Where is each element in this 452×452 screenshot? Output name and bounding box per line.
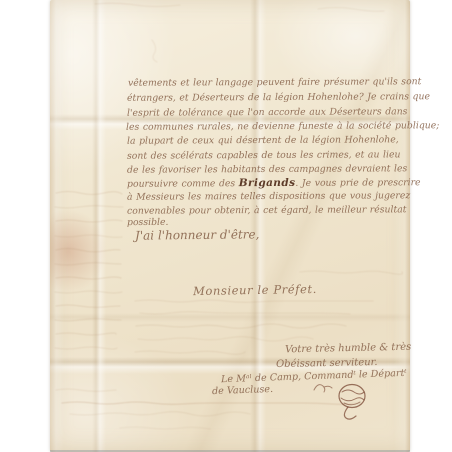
line-suffix: . Je vous prie de prescrire: [295, 177, 420, 189]
letter-body-line: l'esprit de tolérance que l'on accorde a…: [127, 106, 408, 118]
closing-line: Obéissant serviteur.: [276, 357, 378, 370]
salutation-monsieur-le-prefet: Monsieur le Préfet.: [193, 282, 317, 298]
letter-body-line: étrangers, et Déserteurs de la légion Ho…: [127, 91, 430, 104]
letter-body-line: de les favoriser les habitants des campa…: [127, 163, 407, 175]
letter-body-line: possible.: [127, 217, 169, 228]
letter-body-line: sont des scélérats capables de tous les …: [127, 149, 400, 161]
letter-photograph: vêtements et leur langage peuvent faire …: [0, 0, 452, 452]
letter-body-line-with-emphasis: poursuivre comme des Brigands. Je vous p…: [127, 176, 421, 190]
letter-body-line: la plupart de ceux qui désertent de la l…: [127, 134, 399, 146]
letter-body-line: à Messieurs les maires telles dispositio…: [127, 190, 410, 202]
emphasized-word-brigands: Brigands: [239, 177, 296, 189]
letter-body-line: convenables pour obtenir, à cet égard, l…: [127, 204, 407, 216]
letter-body-line: les communes rurales, ne devienne funest…: [126, 120, 439, 133]
line-prefix: poursuivre comme des: [127, 178, 239, 190]
valediction: J'ai l'honneur d'être,: [135, 227, 260, 242]
signature-seal: [308, 378, 372, 420]
letter-body-line: vêtements et leur langage peuvent faire …: [128, 76, 421, 89]
closing-line-department: de Vaucluse.: [212, 384, 273, 397]
